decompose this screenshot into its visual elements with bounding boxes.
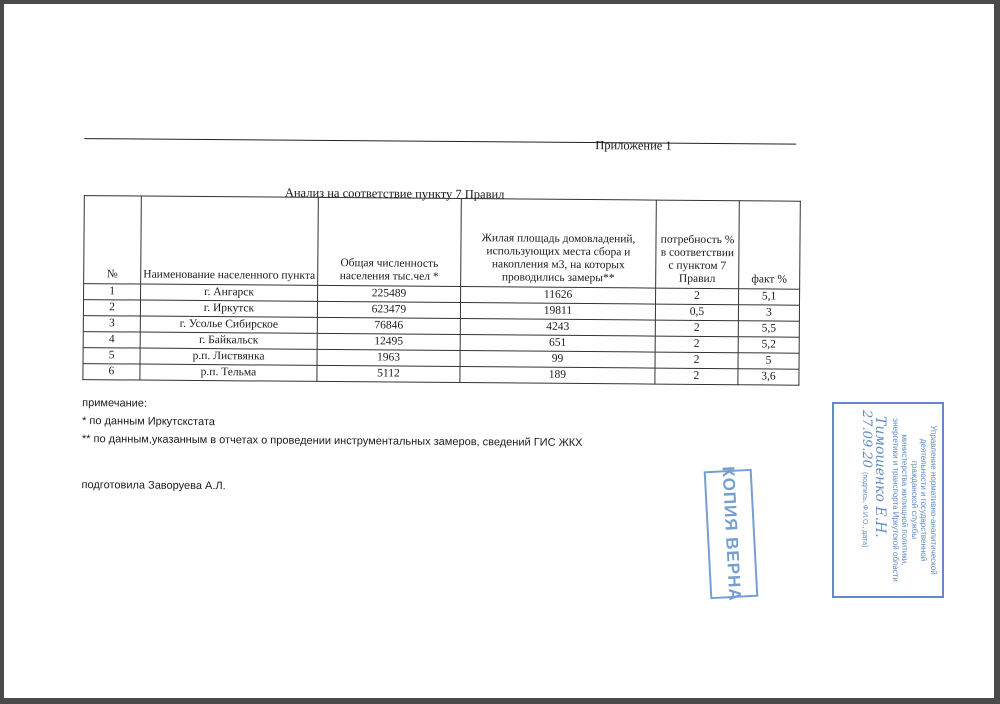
cell-number: 4 xyxy=(83,332,140,348)
cell-requirement: 0,5 xyxy=(655,304,738,321)
cell-number: 1 xyxy=(84,284,141,300)
cell-requirement: 2 xyxy=(655,336,738,353)
cell-actual: 3,6 xyxy=(738,369,799,385)
note-item-2: ** по данным,указанным в отчетах о прове… xyxy=(82,430,583,452)
cell-living-area: 11626 xyxy=(461,287,656,305)
cell-living-area: 19811 xyxy=(460,303,655,321)
approval-date: 27.09.20 xyxy=(859,410,874,468)
cell-population: 1963 xyxy=(317,349,460,366)
cell-actual: 3 xyxy=(738,305,799,321)
org-line: министерства жилищной политики, xyxy=(900,406,910,594)
cell-locality: р.п. Листвянка xyxy=(140,348,317,365)
cell-locality: г. Байкальск xyxy=(140,332,317,349)
cell-requirement: 2 xyxy=(655,352,738,369)
notes-section: примечание: * по данным Иркутскстата ** … xyxy=(82,394,583,452)
cell-locality: г. Усолье Сибирское xyxy=(140,316,317,333)
cell-locality: р.п. Тельма xyxy=(140,364,317,381)
cell-number: 6 xyxy=(83,364,140,380)
cell-number: 2 xyxy=(83,300,140,316)
approval-stamp-content: Управление нормативно-аналитической деят… xyxy=(836,406,940,594)
approval-date-line: 27.09.20 (подпись, Ф.И.О., дата) xyxy=(860,406,872,594)
cell-actual: 5,1 xyxy=(739,289,800,305)
cell-number: 5 xyxy=(83,348,140,364)
cell-locality: г. Ангарск xyxy=(141,284,318,301)
cell-requirement: 2 xyxy=(655,368,738,385)
approval-date-caption: (подпись, Ф.И.О., дата) xyxy=(861,472,868,547)
col-header-living-area: Жилая площадь домовладений, использующих… xyxy=(461,199,657,289)
org-line: гражданской службы xyxy=(910,406,920,594)
col-header-locality: Наименование населенного пункта xyxy=(141,196,319,285)
cell-population: 5112 xyxy=(317,365,460,382)
cell-living-area: 651 xyxy=(460,335,655,353)
scanned-page: Приложение 1 Анализ на соответствие пунк… xyxy=(4,4,994,698)
copy-certified-stamp: КОПИЯ ВЕРНА xyxy=(704,469,759,599)
table-header-row: № Наименование населенного пункта Общая … xyxy=(84,196,801,290)
col-header-number: № xyxy=(84,196,142,284)
cell-locality: г. Иркутск xyxy=(140,300,317,317)
cell-living-area: 189 xyxy=(460,367,655,385)
cell-requirement: 2 xyxy=(655,320,738,337)
copy-stamp-text: КОПИЯ ВЕРНА xyxy=(717,466,744,602)
approval-stamp: Управление нормативно-аналитической деят… xyxy=(832,402,944,598)
cell-population: 76846 xyxy=(317,317,460,334)
col-header-requirement: потребность % в соответствии с пунктом 7… xyxy=(656,200,740,289)
appendix-label: Приложение 1 xyxy=(595,138,672,154)
analysis-table: № Наименование населенного пункта Общая … xyxy=(82,195,800,386)
cell-requirement: 2 xyxy=(656,288,739,305)
cell-living-area: 4243 xyxy=(460,319,655,337)
cell-actual: 5,5 xyxy=(738,321,799,337)
approval-signature: Тимошенко Е.Н. xyxy=(875,406,885,594)
org-line: Управление нормативно-аналитической xyxy=(929,406,939,594)
cell-actual: 5 xyxy=(738,353,799,369)
cell-number: 3 xyxy=(83,316,140,332)
org-line: деятельности и государственной xyxy=(919,406,929,594)
cell-living-area: 99 xyxy=(460,351,655,369)
cell-actual: 5,2 xyxy=(738,337,799,353)
org-line: энергетики и транспорта Иркутской област… xyxy=(891,406,901,594)
cell-population: 225489 xyxy=(318,285,461,302)
col-header-actual: факт % xyxy=(739,201,801,289)
cell-population: 623479 xyxy=(317,301,460,318)
approval-org: Управление нормативно-аналитической деят… xyxy=(891,406,939,594)
cell-population: 12495 xyxy=(317,333,460,350)
prepared-by: подготовила Заворуева А.Л. xyxy=(82,479,226,492)
header-rule xyxy=(84,138,796,145)
col-header-population: Общая численность населения тыс.чел * xyxy=(318,197,462,286)
